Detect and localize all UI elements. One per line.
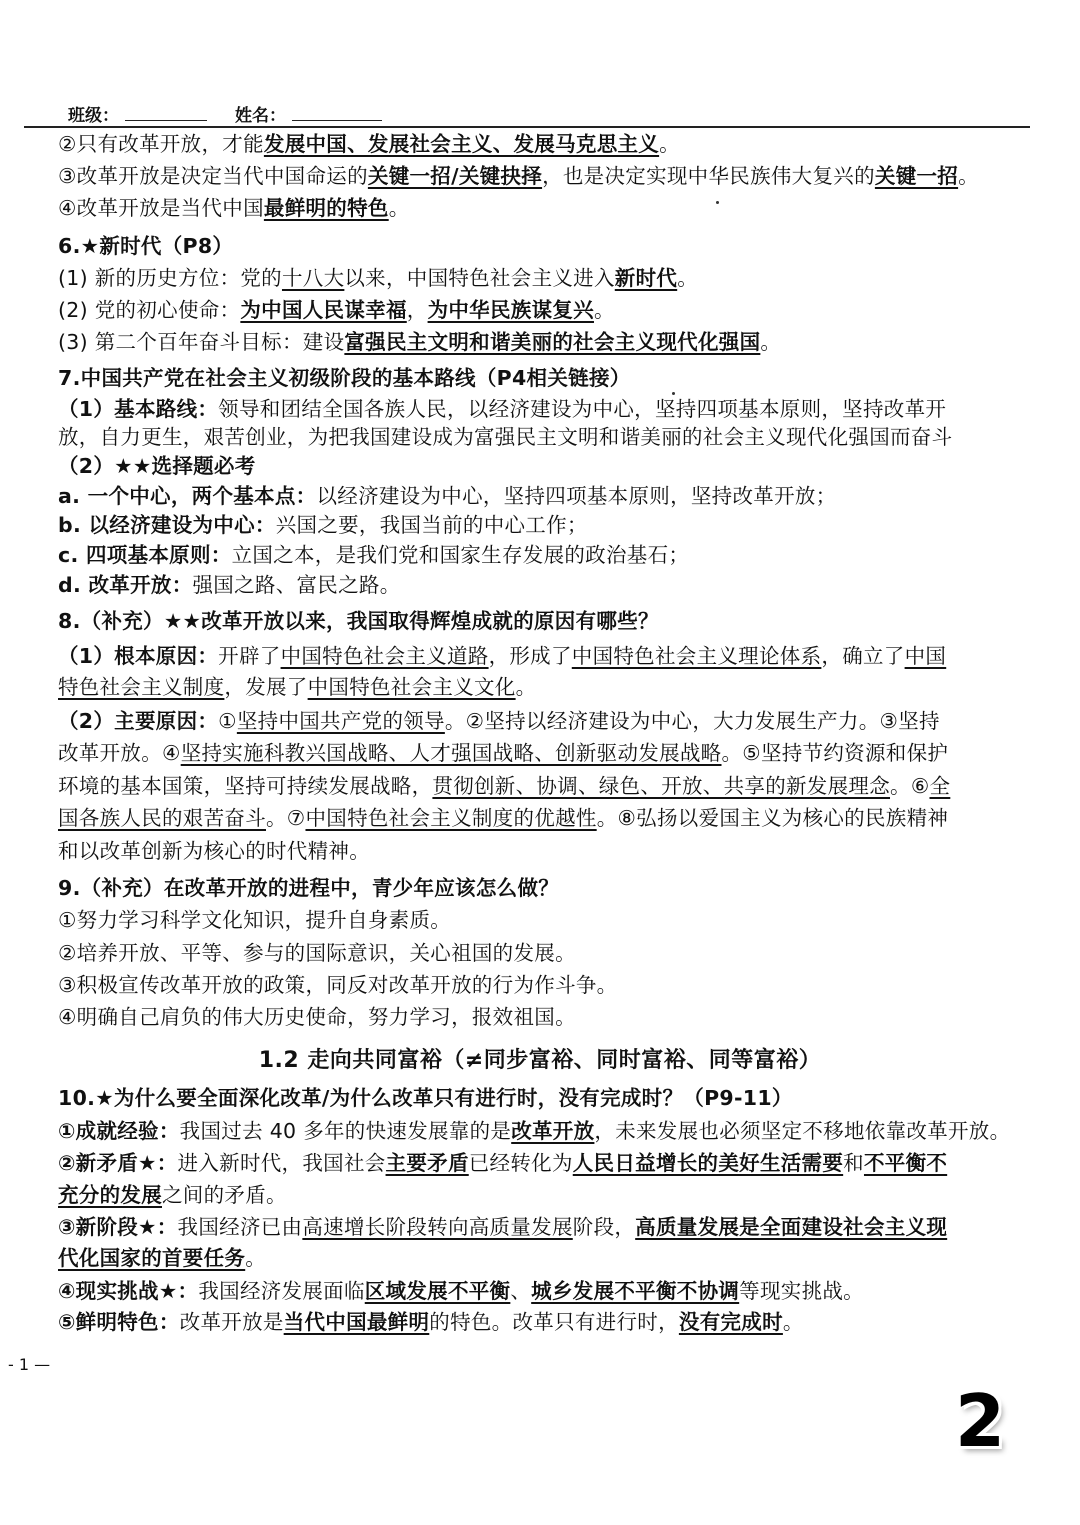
name-field[interactable] (292, 106, 382, 121)
class-label: 班级： (68, 106, 119, 126)
worksheet-header: 班级：姓名： (68, 101, 410, 126)
q6-item-1: (1) 新的历史方位：党的十八大以来，中国特色社会主义进入新时代。 (58, 263, 1040, 293)
q8-main-cause-3: 环境的基本国策，坚持可持续发展战略，贯彻创新、协调、绿色、开放、共享的新发展理念… (58, 771, 1040, 801)
q7-point-a: a. 一个中心，两个基本点：以经济建设为中心，坚持四项基本原则，坚持改革开放； (58, 481, 1040, 511)
q8-main-cause-2: 改革开放。④坚持实施科教兴国战略、人才强国战略、创新驱动发展战略。⑤坚持节约资源… (58, 738, 1040, 768)
scan-speck (716, 201, 719, 204)
q7-point-b: b. 以经济建设为中心：兴国之要，我国当前的中心工作； (58, 510, 1040, 540)
q8-main-cause-4: 国各族人民的艰苦奋斗。⑦中国特色社会主义制度的优越性。⑧弘扬以爱国主义为核心的民… (58, 803, 1040, 833)
key-phrase: 发展中国、发展社会主义、发展马克思主义 (264, 132, 659, 156)
q10-item-2-cont: 充分的发展之间的矛盾。 (58, 1180, 1040, 1210)
q8-main-cause-5: 和以改革创新为核心的时代精神。 (58, 836, 1040, 866)
q10-item-3-cont: 代化国家的首要任务。 (58, 1243, 1040, 1273)
name-label: 姓名： (235, 106, 286, 126)
top-item-2: ②只有改革开放，才能发展中国、发展社会主义、发展马克思主义。 (58, 129, 1040, 159)
header-rule (24, 126, 1030, 128)
page-badge: 2 (955, 1385, 1005, 1457)
q9-title: 9.（补充）在改革开放的进程中，青少年应该怎么做？ (58, 873, 1040, 903)
q10-title: 10.★为什么要全面深化改革/为什么改革只有进行时，没有完成时？（P9-11） (58, 1083, 1040, 1113)
key-phrase: 关键一招 (875, 164, 958, 188)
q10-item-2: ②新矛盾★：进入新时代，我国社会主要矛盾已经转化为人民日益增长的美好生活需要和不… (58, 1148, 1040, 1178)
q7-basic-line-cont: 放，自力更生，艰苦创业，为把我国建设成为富强民主文明和谐美丽的社会主义现代化强国… (58, 422, 1040, 452)
q9-item-3: ③积极宣传改革开放的政策，同反对改革开放的行为作斗争。 (58, 970, 1040, 1000)
q7-point-c: c. 四项基本原则：立国之本，是我们党和国家生存发展的政治基石； (58, 540, 1040, 570)
page-number: - 1 — (8, 1355, 50, 1374)
q7-point-d: d. 改革开放：强国之路、富民之路。 (58, 570, 1040, 600)
q10-item-3: ③新阶段★：我国经济已由高速增长阶段转向高质量发展阶段，高质量发展是全面建设社会… (58, 1212, 1040, 1242)
class-field[interactable] (125, 106, 207, 121)
q10-item-5: ⑤鲜明特色：改革开放是当代中国最鲜明的特色。改革只有进行时，没有完成时。 (58, 1307, 1040, 1337)
q8-title: 8.（补充）★★改革开放以来，我国取得辉煌成就的原因有哪些？ (58, 606, 1040, 636)
q8-root-cause: （1）根本原因：开辟了中国特色社会主义道路，形成了中国特色社会主义理论体系，确立… (58, 641, 1040, 671)
top-item-3: ③改革开放是决定当代中国命运的关键一招/关键抉择，也是决定实现中华民族伟大复兴的… (58, 161, 1040, 191)
q6-item-2: (2) 党的初心使命：为中国人民谋幸福，为中华民族谋复兴。 (58, 295, 1040, 325)
q7-must-label: （2）★★选择题必考 (58, 451, 1040, 481)
key-phrase: 关键一招/关键抉择 (368, 164, 542, 188)
q9-item-1: ①努力学习科学文化知识，提升自身素质。 (58, 905, 1040, 935)
q7-basic-line: （1）基本路线：领导和团结全国各族人民，以经济建设为中心，坚持四项基本原则，坚持… (58, 394, 1040, 424)
section-title: 1.2 走向共同富裕（≠同步富裕、同时富裕、同等富裕） (0, 1043, 1080, 1074)
q6-item-3: (3) 第二个百年奋斗目标：建设富强民主文明和谐美丽的社会主义现代化强国。 (58, 327, 1040, 357)
q8-root-cause-cont: 特色社会主义制度，发展了中国特色社会主义文化。 (58, 672, 1040, 702)
q6-title: 6.★新时代（P8） (58, 231, 1040, 261)
q10-item-1: ①成就经验：我国过去 40 多年的快速发展靠的是改革开放，未来发展也必须坚定不移… (58, 1116, 1040, 1146)
q9-item-4: ④明确自己肩负的伟大历史使命，努力学习，报效祖国。 (58, 1002, 1040, 1032)
q9-item-2: ②培养开放、平等、参与的国际意识，关心祖国的发展。 (58, 938, 1040, 968)
q10-item-4: ④现实挑战★：我国经济发展面临区域发展不平衡、城乡发展不平衡不协调等现实挑战。 (58, 1276, 1040, 1306)
q8-main-cause-1: （2）主要原因：①坚持中国共产党的领导。②坚持以经济建设为中心，大力发展生产力。… (58, 706, 1040, 736)
top-item-4: ④改革开放是当代中国最鲜明的特色。 (58, 193, 1040, 223)
key-phrase: 最鲜明的特色 (264, 196, 389, 220)
q7-title: 7.中国共产党在社会主义初级阶段的基本路线（P4相关链接） (58, 363, 1040, 393)
